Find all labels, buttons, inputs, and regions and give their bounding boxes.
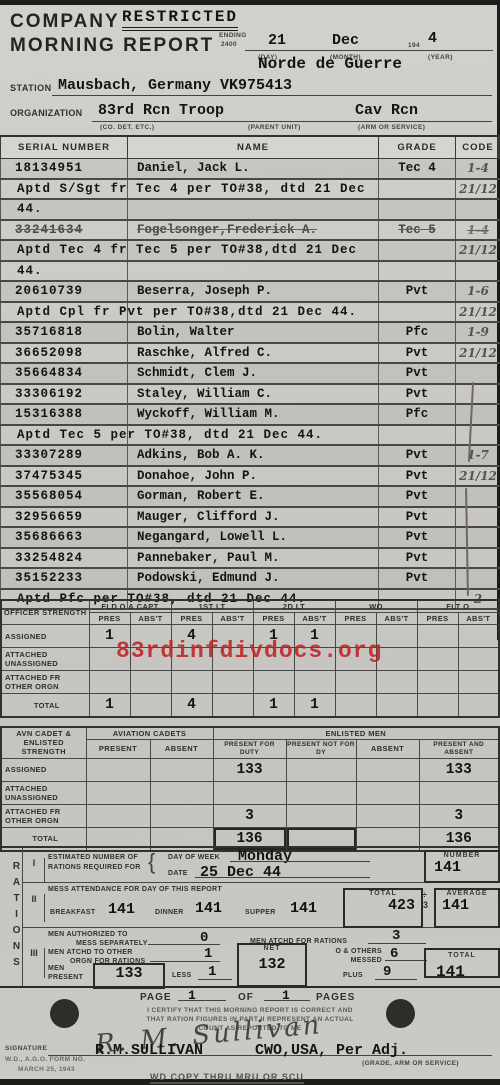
name-cell: Mauger, Clifford J.	[128, 507, 379, 528]
section-iii-label: III	[24, 948, 45, 978]
code-cell	[456, 384, 500, 405]
value-cell: 1	[294, 694, 335, 718]
note-cell: Aptd Tec 4 fr Tec 5 per TO#38,dtd 21 Dec	[1, 240, 128, 261]
group-aviation-cadets: AVIATION CADETS	[86, 727, 213, 740]
brace: {	[148, 849, 155, 875]
table-row: 35686663Negangard, Lowell L.Pvt	[1, 527, 500, 548]
plus-label: PLUS	[343, 972, 363, 981]
row-label: ASSIGNED	[1, 758, 86, 781]
value-cell	[150, 758, 213, 781]
less-label: LESS	[172, 972, 191, 981]
value-cell	[417, 625, 458, 648]
table-row: 33254824Pannebaker, Paul M.Pvt	[1, 548, 500, 569]
serial-cell: 20610739	[1, 281, 128, 302]
sub-abst: ABS'T	[294, 613, 335, 625]
grade-cell: Pvt	[379, 281, 456, 302]
col-header-serial: SERIAL NUMBER	[1, 136, 128, 159]
date-label: DATE	[168, 870, 188, 879]
value-cell: 133	[213, 758, 286, 781]
organization-value: 83rd Rcn Troop	[98, 102, 224, 119]
note-cell: Aptd Tec 5 per TO#38, dtd 21 Dec 44.	[1, 425, 128, 446]
name-cell: Schmidt, Clem J.	[128, 363, 379, 384]
scan-edge-top	[0, 0, 500, 5]
number-label: NUMBER	[426, 852, 498, 859]
copy-stamp: WD COPY THRU MRU OR SCU	[150, 1072, 304, 1084]
enlisted-group-header-row: AVN CADET & ENLISTED STRENGTH AVIATION C…	[1, 727, 499, 740]
value-cell	[335, 694, 376, 718]
grade-cell: Pvt	[379, 548, 456, 569]
grand-total-value: 141	[436, 963, 465, 981]
grade-cell: Pvt	[379, 568, 456, 589]
serial-cell: 35664834	[1, 363, 128, 384]
divide-by: 3	[423, 900, 428, 910]
serial-cell: 32956659	[1, 507, 128, 528]
code-cell: 21/12	[456, 343, 500, 364]
men-present-label-1: MEN	[48, 965, 64, 974]
form-number: W.D., A.G.O. FORM NO.	[5, 1056, 85, 1063]
code-cell: 1-6	[456, 281, 500, 302]
roster-header-row: SERIAL NUMBER NAME GRADE CODE	[1, 136, 500, 159]
group-1st-lt: 1ST LT	[171, 600, 253, 613]
others-messed-label-1: O & OTHERS	[320, 948, 382, 957]
net-value: 132	[239, 952, 305, 973]
col-present-and-absent: PRESENT AND ABSENT	[419, 740, 499, 759]
serial-cell: 33254824	[1, 548, 128, 569]
average-label: AVERAGE	[436, 890, 498, 897]
arm-service-value: Cav Rcn	[355, 102, 418, 119]
col-header-name: NAME	[128, 136, 379, 159]
value-cell	[130, 694, 171, 718]
value-cell	[286, 758, 356, 781]
grade-cell: Pvt	[379, 466, 456, 487]
section-i-label: I	[24, 858, 45, 882]
table-row: 37475345Donahoe, John P.Pvt21/12	[1, 466, 500, 487]
value-cell	[212, 694, 253, 718]
rations-divider-2	[22, 927, 500, 928]
code-cell	[456, 199, 500, 220]
col-absent-em: ABSENT	[356, 740, 419, 759]
table-row: 32956659Mauger, Clifford J.Pvt	[1, 507, 500, 528]
table-row: 35664834Schmidt, Clem J.Pvt	[1, 363, 500, 384]
name-cell: Wyckoff, William M.	[128, 404, 379, 425]
page-label: PAGE	[140, 992, 172, 1003]
estimated-label-1: ESTIMATED NUMBER OF	[48, 854, 138, 863]
value-cell	[356, 804, 419, 827]
name-cell: Adkins, Bob A. K.	[128, 445, 379, 466]
sub-abst: ABS'T	[376, 613, 417, 625]
section-ii-label: II	[24, 894, 45, 922]
note-cell: 44.	[1, 199, 128, 220]
grade-cell: Pvt	[379, 527, 456, 548]
col-header-grade: GRADE	[379, 136, 456, 159]
group-enlisted-men: ENLISTED MEN	[213, 727, 499, 740]
table-row: 36652098Raschke, Alfred C.Pvt21/12	[1, 343, 500, 364]
code-cell	[456, 568, 500, 589]
net-label: NET	[239, 945, 305, 952]
sub-pres: PRES	[253, 613, 294, 625]
form-title-line1: COMPANY	[10, 11, 120, 33]
others-messed-label-2: MESSED	[340, 957, 382, 966]
grade-cell: Pfc	[379, 404, 456, 425]
enlisted-strength-title: AVN CADET & ENLISTED STRENGTH	[1, 727, 86, 758]
breakfast-value: 141	[108, 901, 135, 918]
grade-cell: Pvt	[379, 384, 456, 405]
code-cell: 21/12	[456, 302, 500, 323]
watermark: 83rdinfdivdocs.org	[116, 638, 382, 664]
date-rule	[245, 49, 493, 51]
ending-time: 2400	[221, 41, 237, 48]
officer-total-row: TOTAL 1 4 11	[1, 694, 499, 718]
value-cell	[150, 804, 213, 827]
name-cell: Gorman, Robert E.	[128, 486, 379, 507]
sub-pres: PRES	[417, 613, 458, 625]
col-present-for-duty: PRESENT FOR DUTY	[213, 740, 286, 759]
serial-cell: 33241634	[1, 220, 128, 241]
signature-typed-name: R.M.SULLIVAN	[95, 1042, 203, 1059]
name-cell: Beserra, Joseph P.	[128, 281, 379, 302]
estimated-label-2: RATIONS REQUIRED FOR	[48, 864, 141, 873]
serial-cell: 36652098	[1, 343, 128, 364]
men-present-value: 133	[95, 965, 163, 982]
organization-label: ORGANIZATION	[10, 108, 82, 118]
value-cell	[417, 694, 458, 718]
code-cell: 21/12	[456, 179, 500, 200]
group-2d-lt: 2D LT	[253, 600, 335, 613]
value-cell	[458, 625, 499, 648]
table-row: 33307289Adkins, Bob A. K.Pvt1-7	[1, 445, 500, 466]
dinner-value: 141	[195, 900, 222, 917]
mess-sep-label-2: MESS SEPARATELY	[76, 940, 148, 949]
dinner-label: DINNER	[155, 909, 184, 918]
row-label: ATTACHED UNASSIGNED	[1, 648, 89, 671]
row-label: ASSIGNED	[1, 625, 89, 648]
footer-section: PAGE 1 OF 1 PAGES I CERTIFY THAT THIS MO…	[0, 984, 500, 1085]
name-cell: Donahoe, John P.	[128, 466, 379, 487]
average-box: AVERAGE 141	[434, 888, 500, 928]
table-row-note: Aptd Cpl fr Pvt per TO#38,dtd 21 Dec 44.…	[1, 302, 500, 323]
serial-cell: 33307289	[1, 445, 128, 466]
men-present-label-2: PRESENT	[48, 974, 83, 983]
code-cell: 1-9	[456, 322, 500, 343]
group-wo: WO	[335, 600, 417, 613]
form-title-line2: MORNING REPORT	[10, 35, 214, 57]
year-value: 4	[428, 30, 437, 47]
station-label: STATION	[10, 83, 52, 93]
name-cell: Pannebaker, Paul M.	[128, 548, 379, 569]
year-sub-label: (YEAR)	[428, 54, 453, 61]
day-value: 21	[268, 32, 286, 49]
row-label: ATTACHED FR OTHER ORGN	[1, 671, 89, 694]
note-cell: 44.	[1, 261, 128, 282]
officer-strength-title: OFFICER STRENGTH	[1, 600, 89, 625]
row-label: ATTACHED FR OTHER ORGN	[1, 804, 86, 827]
value-cell	[86, 758, 150, 781]
code-cell	[456, 548, 500, 569]
table-row: 18134951Daniel, Jack L.Tec 41-4	[1, 159, 500, 179]
code-cell	[456, 404, 500, 425]
rations-section: RATIONS I II III ESTIMATED NUMBER OF RAT…	[0, 846, 500, 988]
code-cell	[456, 507, 500, 528]
of-label: OF	[238, 992, 254, 1003]
year-printed: 194	[408, 42, 420, 49]
grade-cell: Tec 5	[379, 220, 456, 241]
col-present: PRESENT	[86, 740, 150, 759]
table-row: 35716818Bolin, WalterPfc1-9	[1, 322, 500, 343]
code-cell: 1-4	[456, 159, 500, 179]
table-row-note: 44.	[1, 199, 500, 220]
net-box: NET 132	[237, 943, 307, 987]
code-cell: 21/12	[456, 240, 500, 261]
col-header-code: CODE	[456, 136, 500, 159]
total-value: 423	[345, 897, 421, 914]
value-cell	[376, 694, 417, 718]
enlisted-assigned-row: ASSIGNED 133 133	[1, 758, 499, 781]
group-flt-o: FLT O	[417, 600, 499, 613]
name-cell: Fogelsonger,Frederick A.	[128, 220, 379, 241]
name-cell: Negangard, Lowell L.	[128, 527, 379, 548]
supper-value: 141	[290, 900, 317, 917]
table-row: 15316388Wyckoff, William M.Pfc	[1, 404, 500, 425]
table-row-note: Aptd S/Sgt fr Tec 4 per TO#38, dtd 21 De…	[1, 179, 500, 200]
table-row: 35568054Gorman, Robert E.Pvt	[1, 486, 500, 507]
grade-cell: Pfc	[379, 322, 456, 343]
parent-unit-sub-label: (PARENT UNIT)	[248, 124, 301, 131]
morning-report-document: COMPANY RESTRICTED MORNING REPORT ENDING…	[0, 0, 500, 1085]
sub-pres: PRES	[335, 613, 376, 625]
total-label: TOTAL	[345, 890, 421, 897]
code-cell: 21/12	[456, 466, 500, 487]
value-cell	[458, 694, 499, 718]
value-cell	[286, 804, 356, 827]
code-cell: 1-7	[456, 445, 500, 466]
value-cell: 1	[253, 694, 294, 718]
code-cell: 1-4	[456, 220, 500, 241]
cert-line-1: I CERTIFY THAT THIS MORNING REPORT IS CO…	[0, 1007, 500, 1014]
grade-cell: Pvt	[379, 507, 456, 528]
name-cell: Raschke, Alfred C.	[128, 343, 379, 364]
value-cell: 4	[171, 694, 212, 718]
serial-cell: 18134951	[1, 159, 128, 179]
serial-cell: 33306192	[1, 384, 128, 405]
enlisted-attached-fr-row: ATTACHED FR OTHER ORGN 3 3	[1, 804, 499, 827]
sub-pres: PRES	[171, 613, 212, 625]
table-row-note: 44.	[1, 261, 500, 282]
arm-service-sub-label: (ARM OR SERVICE)	[358, 124, 425, 131]
group-fldo-capt: FLD O & CAPT	[89, 600, 171, 613]
value-cell: 3	[213, 804, 286, 827]
value-cell: 133	[419, 758, 499, 781]
code-cell	[456, 486, 500, 507]
table-row-note: Aptd Tec 5 per TO#38, dtd 21 Dec 44.	[1, 425, 500, 446]
atchd-other-label-1: MEN ATCHD TO OTHER	[48, 949, 133, 958]
value-cell: 3	[419, 804, 499, 827]
grand-total-label: TOTAL	[426, 950, 498, 959]
rations-side-label: RATIONS	[0, 848, 23, 986]
enlisted-attached-unassigned-row: ATTACHED UNASSIGNED	[1, 781, 499, 804]
serial-cell: 35568054	[1, 486, 128, 507]
code-name-value: Norde de Guerre	[258, 55, 402, 73]
grade-cell: Pvt	[379, 445, 456, 466]
serial-cell: 35686663	[1, 527, 128, 548]
number-box: NUMBER 141	[424, 850, 500, 883]
table-row: 33241634Fogelsonger,Frederick A.Tec 51-4	[1, 220, 500, 241]
value-cell	[356, 758, 419, 781]
value-cell: 1	[89, 694, 130, 718]
sub-abst: ABS'T	[130, 613, 171, 625]
col-absent: ABSENT	[150, 740, 213, 759]
average-value: 141	[436, 897, 498, 914]
month-value: Dec	[332, 32, 359, 49]
row-label: TOTAL	[1, 694, 89, 718]
number-value: 141	[426, 859, 498, 876]
grade-cell: Pvt	[379, 363, 456, 384]
grade-cell: Pvt	[379, 486, 456, 507]
value-cell	[86, 804, 150, 827]
breakfast-label: BREAKFAST	[50, 909, 95, 918]
supper-label: SUPPER	[245, 909, 276, 918]
serial-cell: 37475345	[1, 466, 128, 487]
mess-sep-label-1: MEN AUTHORIZED TO	[48, 931, 158, 940]
day-of-week-label: DAY OF WEEK	[168, 854, 220, 863]
col-present-not-for-dy: PRESENT NOT FOR DY	[286, 740, 356, 759]
serial-cell: 35716818	[1, 322, 128, 343]
table-row-note: Aptd Tec 4 fr Tec 5 per TO#38,dtd 21 Dec…	[1, 240, 500, 261]
total-box: TOTAL 423	[343, 888, 423, 928]
station-value: Mausbach, Germany VK975413	[58, 77, 292, 94]
organization-sub-label: (CO. DET. ETC.)	[100, 124, 154, 131]
signature-role: CWO,USA, Per Adj.	[255, 1042, 408, 1059]
name-cell: Podowski, Edmund J.	[128, 568, 379, 589]
sub-abst: ABS'T	[212, 613, 253, 625]
table-row: 33306192Staley, William C.Pvt	[1, 384, 500, 405]
officer-attached-fr-row: ATTACHED FR OTHER ORGN	[1, 671, 499, 694]
ending-label: ENDING	[219, 32, 247, 39]
note-cell: Aptd Cpl fr Pvt per TO#38,dtd 21 Dec 44.	[1, 302, 128, 323]
note-cell: Aptd S/Sgt fr Tec 4 per TO#38, dtd 21 De…	[1, 179, 128, 200]
serial-cell: 35152233	[1, 568, 128, 589]
sub-pres: PRES	[89, 613, 130, 625]
divide-sign: ÷	[422, 890, 427, 900]
code-cell	[456, 363, 500, 384]
mess-attendance-label: MESS ATTENDANCE FOR DAY OF THIS REPORT	[48, 886, 222, 895]
row-label: ATTACHED UNASSIGNED	[1, 781, 86, 804]
name-cell: Staley, William C.	[128, 384, 379, 405]
table-row: 35152233Podowski, Edmund J.Pvt	[1, 568, 500, 589]
sub-abst: ABS'T	[458, 613, 499, 625]
code-cell	[456, 261, 500, 282]
name-cell: Daniel, Jack L.	[128, 159, 379, 179]
officer-group-header-row: OFFICER STRENGTH FLD O & CAPT 1ST LT 2D …	[1, 600, 499, 613]
name-cell: Bolin, Walter	[128, 322, 379, 343]
code-cell	[456, 527, 500, 548]
table-row: 20610739Beserra, Joseph P.Pvt1-6	[1, 281, 500, 302]
signature-label: SIGNATURE	[5, 1045, 47, 1052]
code-cell	[456, 425, 500, 446]
grade-cell: Tec 4	[379, 159, 456, 179]
pages-label: PAGES	[316, 992, 355, 1003]
serial-cell: 15316388	[1, 404, 128, 425]
enlisted-strength-table: AVN CADET & ENLISTED STRENGTH AVIATION C…	[0, 726, 500, 852]
restricted-stamp: RESTRICTED	[122, 8, 238, 31]
roster-table: SERIAL NUMBER NAME GRADE CODE 18134951Da…	[0, 135, 500, 610]
form-date: MARCH 25, 1943	[18, 1066, 75, 1073]
grade-sub-label: (GRADE, ARM OR SERVICE)	[362, 1060, 459, 1067]
grade-cell: Pvt	[379, 343, 456, 364]
